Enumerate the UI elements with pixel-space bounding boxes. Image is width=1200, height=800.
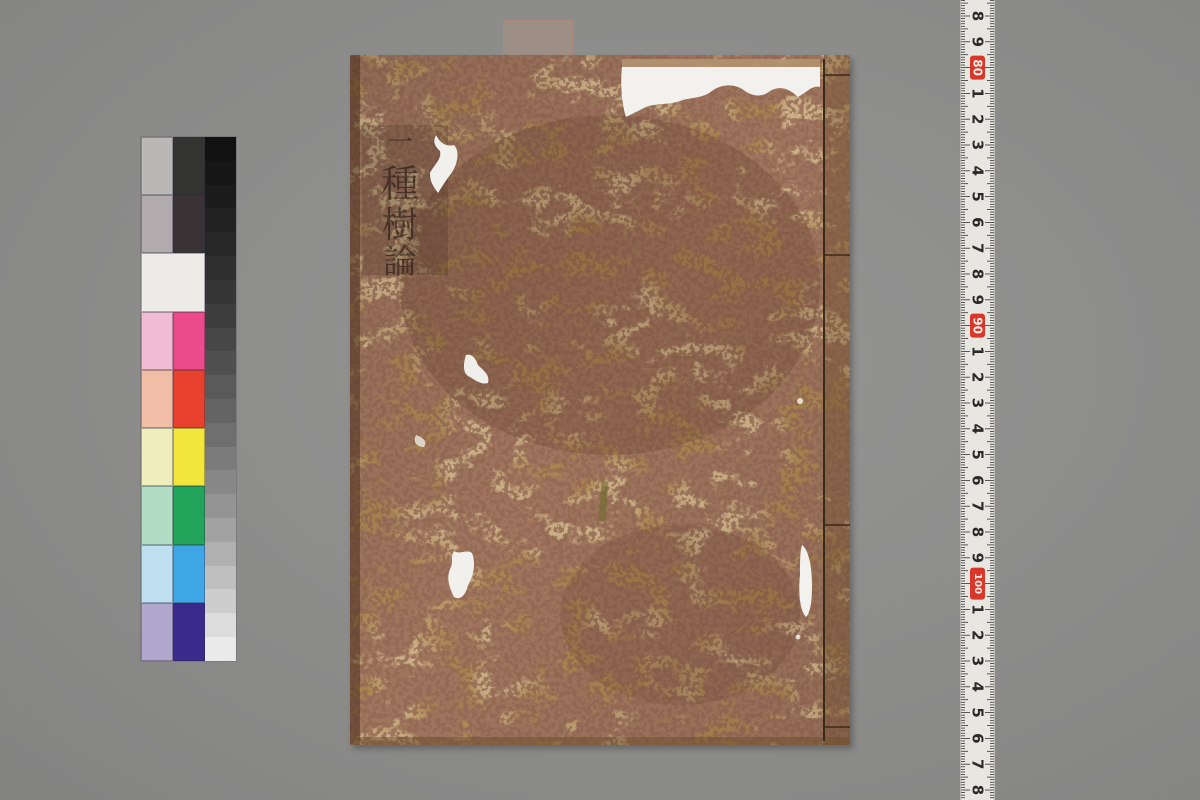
ruler-label: 1 bbox=[969, 604, 987, 614]
color-patch bbox=[173, 428, 205, 486]
gray-step bbox=[205, 375, 236, 399]
gray-step bbox=[205, 256, 236, 280]
color-patch bbox=[141, 370, 173, 428]
color-patch bbox=[173, 545, 205, 603]
ruler-label: 2 bbox=[969, 372, 987, 382]
color-patch bbox=[141, 603, 173, 661]
ruler-label: 3 bbox=[969, 656, 987, 666]
gray-step bbox=[205, 161, 236, 185]
gray-step bbox=[205, 280, 236, 304]
color-patch bbox=[173, 137, 205, 195]
title-slip-char-3: 樹 bbox=[382, 205, 418, 246]
color-patch bbox=[173, 603, 205, 661]
color-patch bbox=[173, 370, 205, 428]
gray-step bbox=[205, 566, 236, 590]
ruler-label: 100 bbox=[972, 573, 983, 594]
title-slip-char-2: 種 bbox=[381, 162, 419, 206]
color-patch bbox=[141, 253, 205, 311]
ruler-label: 80 bbox=[971, 59, 985, 76]
ruler-label: 3 bbox=[969, 140, 987, 150]
gray-step bbox=[205, 637, 236, 661]
ruler-label: 8 bbox=[969, 269, 987, 279]
gray-step bbox=[205, 304, 236, 328]
color-patch bbox=[141, 486, 173, 544]
color-patch bbox=[141, 545, 173, 603]
gray-step bbox=[205, 399, 236, 423]
ruler-scale: 89801234567899012345678910012345678 bbox=[961, 0, 994, 800]
gray-step bbox=[205, 589, 236, 613]
ruler-label: 2 bbox=[969, 114, 987, 124]
measuring-tape: 89801234567899012345678910012345678 bbox=[961, 0, 994, 800]
gray-step bbox=[205, 447, 236, 471]
color-patch bbox=[141, 195, 173, 253]
ruler-label: 7 bbox=[969, 501, 987, 511]
gray-step bbox=[205, 423, 236, 447]
ruler-label: 7 bbox=[969, 243, 987, 253]
ruler-label: 4 bbox=[969, 166, 987, 176]
ruler-label: 9 bbox=[969, 37, 987, 47]
ruler-label: 7 bbox=[969, 759, 987, 769]
title-slip-char-1: 一 bbox=[387, 128, 413, 158]
gray-step bbox=[205, 351, 236, 375]
gray-step bbox=[205, 137, 236, 161]
gray-step bbox=[205, 613, 236, 637]
gray-step bbox=[205, 542, 236, 566]
color-patch bbox=[173, 312, 205, 370]
gray-step bbox=[205, 470, 236, 494]
ruler-label: 1 bbox=[969, 346, 987, 356]
gray-step bbox=[205, 185, 236, 209]
color-calibration-target bbox=[141, 137, 236, 661]
ruler-label: 3 bbox=[969, 398, 987, 408]
book-cover: 一 種 樹 論 bbox=[350, 55, 850, 745]
ruler-label: 2 bbox=[969, 630, 987, 640]
ruler-label: 6 bbox=[969, 475, 987, 485]
title-slip-char-4: 論 bbox=[383, 242, 417, 282]
color-patch bbox=[173, 486, 205, 544]
gray-step bbox=[205, 494, 236, 518]
ruler-label: 4 bbox=[969, 682, 987, 692]
ruler-label: 8 bbox=[969, 785, 987, 795]
ruler-label: 90 bbox=[971, 317, 985, 334]
gray-scale-strip bbox=[205, 137, 236, 661]
ruler-label: 6 bbox=[969, 217, 987, 227]
gray-step bbox=[205, 518, 236, 542]
gray-step bbox=[205, 232, 236, 256]
ruler-label: 8 bbox=[969, 11, 987, 21]
gray-step bbox=[205, 208, 236, 232]
ruler-label: 1 bbox=[969, 88, 987, 98]
color-patch bbox=[141, 137, 173, 195]
color-patch bbox=[173, 195, 205, 253]
gray-step bbox=[205, 328, 236, 352]
ruler-label: 5 bbox=[969, 707, 987, 717]
ruler-label: 4 bbox=[969, 424, 987, 434]
book-cover-texture: 一 種 樹 論 bbox=[350, 55, 850, 745]
ruler-label: 8 bbox=[969, 527, 987, 537]
color-patch bbox=[141, 428, 173, 486]
ruler-label: 5 bbox=[969, 191, 987, 201]
ruler-label: 6 bbox=[969, 733, 987, 743]
ruler-label: 5 bbox=[969, 449, 987, 459]
color-patch bbox=[141, 312, 173, 370]
ruler-label: 9 bbox=[969, 553, 987, 563]
ruler-label: 9 bbox=[969, 295, 987, 305]
